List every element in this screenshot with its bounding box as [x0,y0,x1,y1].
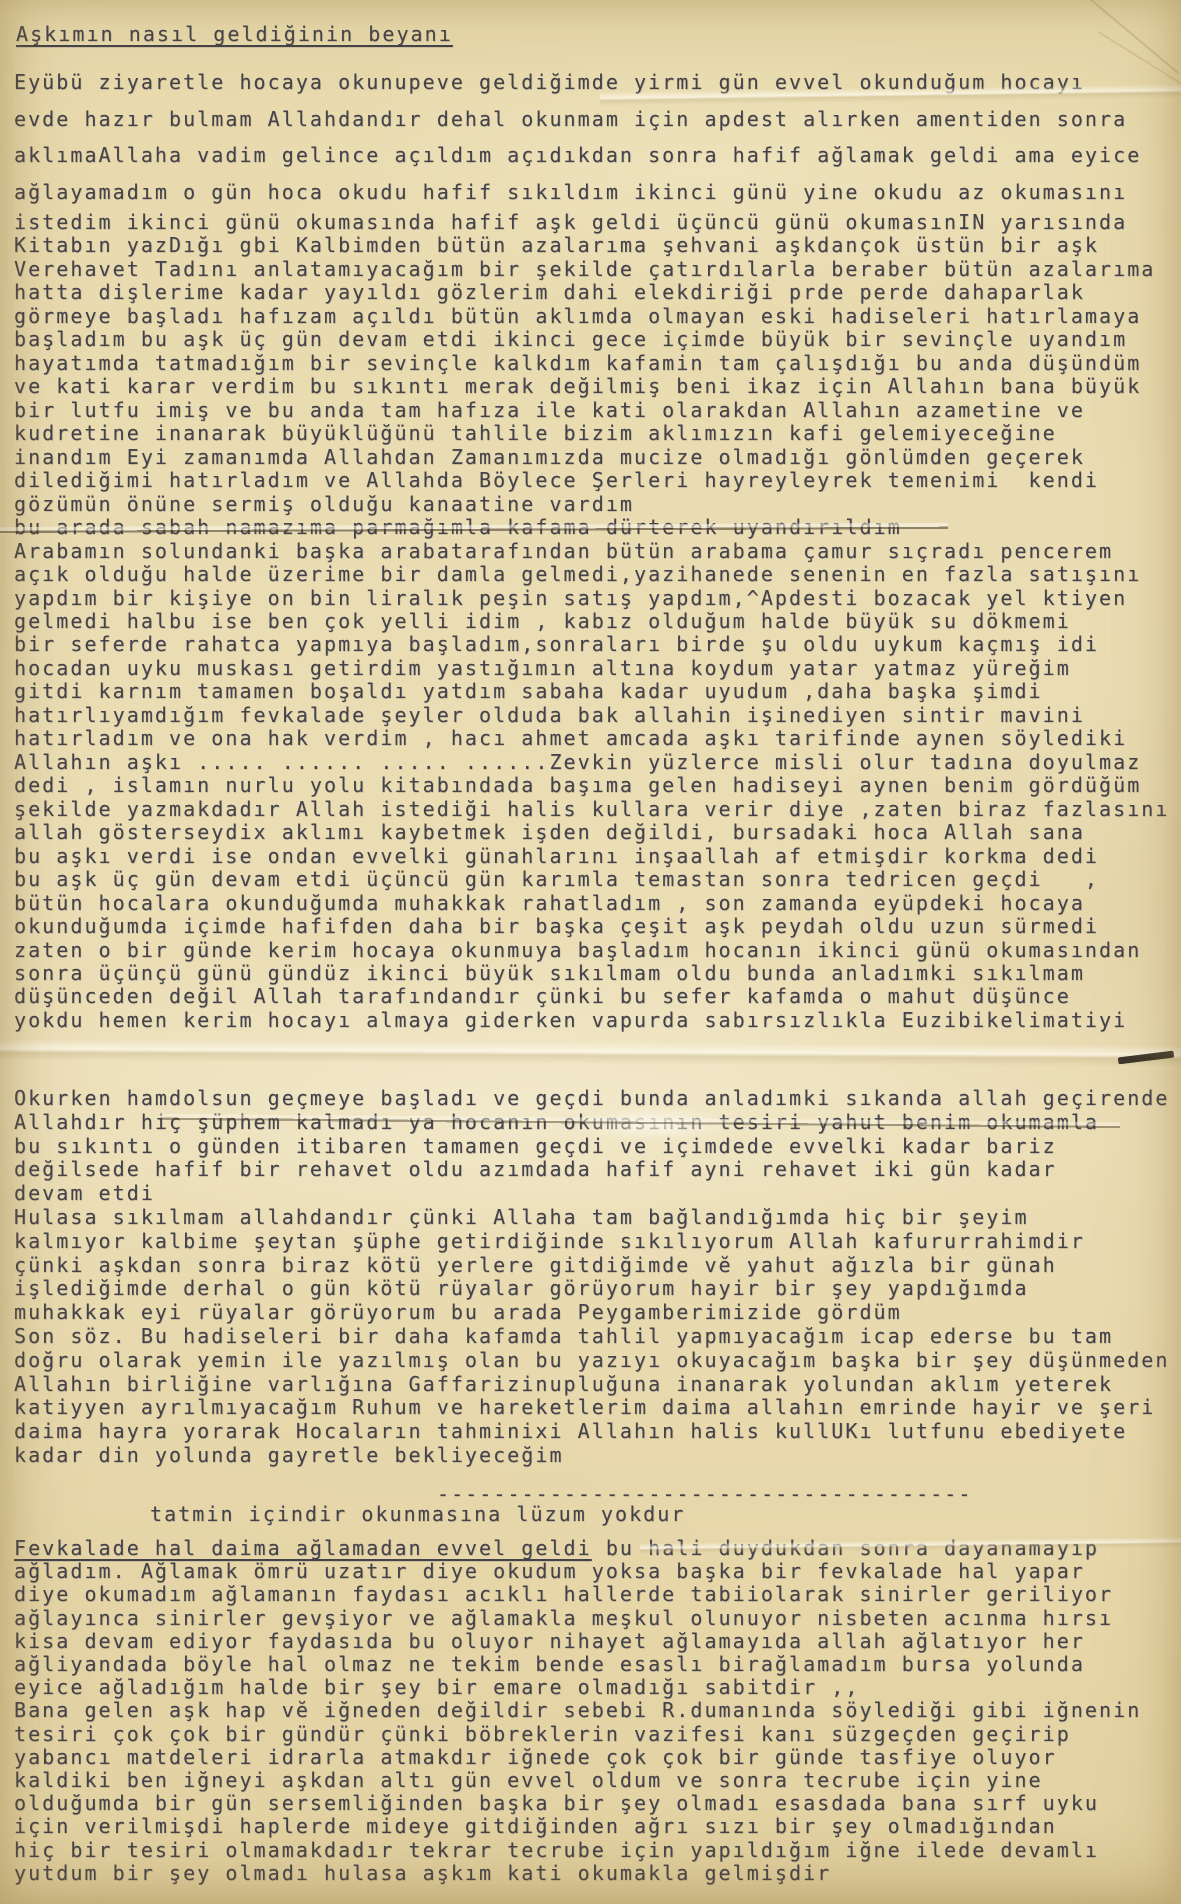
text-line: devam etdi [14,1182,1181,1206]
text-line: yutdum bir şey olmadı hulasa aşkım kati … [14,1862,1181,1885]
text-line: gözümün önüne sermiş olduğu kanaatine va… [14,493,1181,516]
text-line: eyice ağladığım halde bir şey bir emare … [14,1676,1181,1699]
text-line: gitdi karnım tamamen boşaldı yatdım saba… [14,680,1181,703]
underlined-phrase: Fevkalade hal daima ağlamadan evvel geld… [14,1536,592,1560]
text-line: istedim ikinci günü okumasında hafif aşk… [14,211,1181,234]
text-line: yokdu hemen kerim hocayı almaya giderken… [14,1009,1181,1032]
text-line: düşünceden değil Allah tarafındandır çün… [14,985,1181,1008]
text-line: ağlayınca sinirler gevşiyor ve ağlamakla… [14,1607,1181,1630]
text-line: hayatımda tatmadığım bir sevinçle kalkdı… [14,352,1181,375]
text-line: ağliyandada böyle hal olmaz ne tekim ben… [14,1653,1181,1676]
text-line: kalmıyor kalbime şeytan şüphe getirdiğin… [14,1230,1181,1254]
text-line: bir seferde rahatca yapmıya başladım,son… [14,633,1181,656]
text-line: şekilde yazmakdadır Allah istediği halis… [14,798,1181,821]
text-line: okunduğumda içimde hafifden daha bir baş… [14,915,1181,938]
text-line: Bana gelen aşk hap vĕ iğneden değildir s… [14,1699,1181,1722]
note-line: tatmin içindir okunmasına lüzum yokdur [150,1502,685,1526]
text-line: bu arada sabah namazıma parmağımla kafam… [14,516,1181,539]
text-line: hatırlıyamdığım fevkalade şeyler olduda … [14,704,1181,727]
text-line: zaten o bir günde kerim hocaya okunmuya … [14,939,1181,962]
text-line: için verilmişdi haplerde mideye gitdiğin… [14,1815,1181,1838]
text-line: başladım bu aşk üç gün devam etdi ikinci… [14,328,1181,351]
text-line: bu aşk üç gün devam etdi üçüncü gün karı… [14,868,1181,891]
text-line: Eyübü ziyaretle hocaya okunupeve geldiği… [14,64,1181,101]
text-line: doğru olarak yemin ile yazılmış olan bu … [14,1349,1181,1373]
text-line: Allahdır hiç şüphem kalmadı ya hocanın o… [14,1111,1181,1135]
text-line: bütün hocalara okunduğumda muhakkak raha… [14,892,1181,915]
text-line: ve kati karar verdim bu sıkıntı merak de… [14,375,1181,398]
text-line: tesiri çok çok bir gündür çünki böbrekle… [14,1723,1181,1746]
text-line: Okurken hamdolsun geçmeye başladı ve geç… [14,1087,1181,1111]
paragraph-2: Okurken hamdolsun geçmeye başladı ve geç… [14,1087,1181,1468]
text-line: kadar din yolunda gayretle bekliyeceğim [14,1444,1181,1468]
ink-mark [1118,1051,1174,1065]
text-line: sonra üçünçü günü gündüz ikinci büyük sı… [14,962,1181,985]
text-line: hatırladım ve ona hak verdim , hacı ahme… [14,727,1181,750]
text-line: bu sıkıntı o günden itibaren tamamen geç… [14,1135,1181,1159]
text-line: Hulasa sıkılmam allahdandır çünki Allaha… [14,1206,1181,1230]
scanned-letter-page: Aşkımın nasıl geldiğinin beyanı Eyübü zi… [0,0,1181,1904]
text-line: çünki aşkdan sonra biraz kötü yerlere gi… [14,1254,1181,1278]
text-line: ağlayamadım o gün hoca okudu hafif sıkıl… [14,174,1181,211]
text-line: yabancı matdeleri idrarla atmakdır iğned… [14,1746,1181,1769]
text-line: Fevkalade hal daima ağlamadan evvel geld… [14,1537,1181,1560]
text-line: Verehavet Tadını anlatamıyacağım bir şek… [14,258,1181,281]
text-line: olduğumda bir gün sersemliğinden başka b… [14,1792,1181,1815]
text-line: Allahın aşkı ..... ...... ..... ......Ze… [14,751,1181,774]
text-line: evde hazır bulmam Allahdandır dehal okun… [14,101,1181,138]
text-line: Kitabın yazDığı gbi Kalbimden bütün azal… [14,234,1181,257]
text-line: Arabamın solundanki başka arabatarafında… [14,540,1181,563]
text-line: gelmedi halbu ise ben çok yelli idim , k… [14,610,1181,633]
text-line: bir lutfu imiş ve bu anda tam hafıza ile… [14,399,1181,422]
text-line: daima hayra yorarak Hocaların tahminixi … [14,1420,1181,1444]
text-line: kaldiki ben iğneyi aşkdan altı gün evvel… [14,1769,1181,1792]
paragraph-3: Fevkalade hal daima ağlamadan evvel geld… [14,1537,1181,1885]
text-line: işlediğimde derhal o gün kötü rüyalar gö… [14,1277,1181,1301]
text-line: inandım Eyi zamanımda Allahdan Zamanımız… [14,446,1181,469]
text-line: hocadan uyku muskası getirdim yastığımın… [14,657,1181,680]
text-line: görmeye başladı hafızam açıldı bütün akl… [14,305,1181,328]
text-line: diye okumadım ağlamanın faydası acıklı h… [14,1583,1181,1606]
text-line: değilsede hafif bir rehavet oldu azımdad… [14,1158,1181,1182]
text-line: hiç bir tesiri olmamakdadır tekrar tecru… [14,1839,1181,1862]
paper-crease-middle [0,1039,1181,1067]
document-title: Aşkımın nasıl geldiğinin beyanı [16,22,453,46]
paragraph-3-body: ağladım. Ağlamak ömrü uzatır diye okudum… [14,1560,1181,1885]
text-line: muhakkak eyi rüyalar görüyorum bu arada … [14,1301,1181,1325]
text-line: aklımaAllaha vadim gelince açıldım açıdı… [14,137,1181,174]
phrase-rest: bu hali duydukdan sonra dayanamayıp [592,1536,1099,1560]
text-line: bu aşkı verdi ise ondan evvelki günahlar… [14,845,1181,868]
text-line: dilediğimi hatırladım ve Allahda Böylece… [14,469,1181,492]
text-line: hatta dişlerime kadar yayıldı gözlerim d… [14,281,1181,304]
paragraph-1-body: istedim ikinci günü okumasında hafif aşk… [14,211,1181,1032]
text-line: Allahın birliğine varlığına Gaffarizinup… [14,1373,1181,1397]
text-line: kisa devam ediyor faydasıda bu oluyor ni… [14,1630,1181,1653]
text-line: ağladım. Ağlamak ömrü uzatır diye okudum… [14,1560,1181,1583]
text-line: dedi , islamın nurlu yolu kitabındada ba… [14,774,1181,797]
text-line: Son söz. Bu hadiseleri bir daha kafamda … [14,1325,1181,1349]
paragraph-1-intro: Eyübü ziyaretle hocaya okunupeve geldiği… [14,64,1181,210]
text-line: katiyyen ayrılmıyacağım Ruhum ve hareket… [14,1396,1181,1420]
text-line: allah gösterseydix aklımı kaybetmek işde… [14,821,1181,844]
text-line: kudretine inanarak büyüklüğünü tahlile b… [14,422,1181,445]
text-line: yapdım bir kişiye on bin liralık peşin s… [14,587,1181,610]
corner-fold-line-1 [1063,0,1179,74]
text-line: açık olduğu halde üzerime bir damla gelm… [14,563,1181,586]
